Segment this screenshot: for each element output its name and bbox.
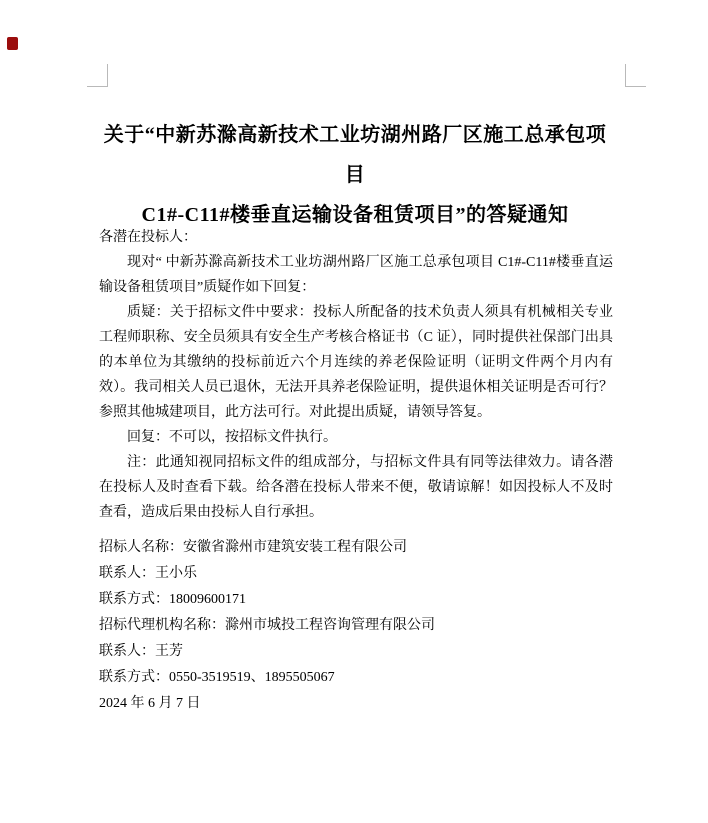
- salutation: 各潜在投标人：: [99, 225, 613, 250]
- notice-date: 2024 年 6 月 7 日: [99, 691, 613, 717]
- contact-info: 招标人名称：安徽省滁州市建筑安装工程有限公司 联系人：王小乐 联系方式：1800…: [99, 535, 613, 717]
- notice-title: 关于“中新苏滁高新技术工业坊湖州路厂区施工总承包项目 C1#-C11#楼垂直运输…: [98, 115, 612, 235]
- tenderer-contact-person: 联系人：王小乐: [99, 561, 613, 587]
- document-page: 关于“中新苏滁高新技术工业坊湖州路厂区施工总承包项目 C1#-C11#楼垂直运输…: [0, 0, 708, 823]
- tenderer-contact-phone: 联系方式：18009600171: [99, 587, 613, 613]
- agency-contact-person: 联系人：王芳: [99, 639, 613, 665]
- paragraph-note: 注：此通知视同招标文件的组成部分，与招标文件具有同等法律效力。请各潜在投标人及时…: [99, 450, 613, 525]
- paragraph-reply-intro: 现对“ 中新苏滁高新技术工业坊湖州路厂区施工总承包项目 C1#-C11#楼垂直运…: [99, 250, 613, 300]
- paragraph-question: 质疑：关于招标文件中要求：投标人所配备的技术负责人须具有机械相关专业工程师职称、…: [99, 300, 613, 425]
- text-boundary-mark-top-left: [87, 64, 108, 87]
- notice-title-line-1: 关于“中新苏滁高新技术工业坊湖州路厂区施工总承包项目: [98, 115, 612, 195]
- tenderer-name: 招标人名称：安徽省滁州市建筑安装工程有限公司: [99, 535, 613, 561]
- notice-body: 各潜在投标人： 现对“ 中新苏滁高新技术工业坊湖州路厂区施工总承包项目 C1#-…: [99, 225, 613, 525]
- red-marker: [7, 37, 18, 50]
- agency-name: 招标代理机构名称：滁州市城投工程咨询管理有限公司: [99, 613, 613, 639]
- text-boundary-mark-top-right: [625, 64, 646, 87]
- agency-contact-phone: 联系方式：0550-3519519、1895505067: [99, 665, 613, 691]
- paragraph-answer: 回复：不可以，按招标文件执行。: [99, 425, 613, 450]
